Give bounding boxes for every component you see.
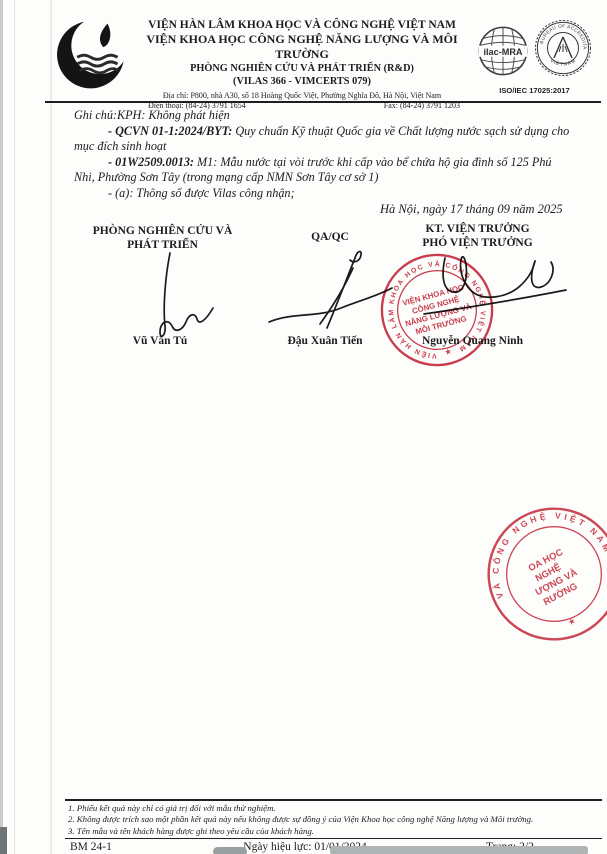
note-qcvn-code: - QCVN 01-1:2024/BYT: — [108, 124, 232, 138]
scan-artifact — [330, 846, 588, 854]
date-line: Hà Nội, ngày 17 tháng 09 năm 2025 — [380, 202, 563, 217]
address-line: Địa chỉ: P800, nhà A30, số 18 Hoàng Quốc… — [132, 91, 472, 101]
signer-name-2: Đậu Xuân Tiến — [255, 335, 395, 347]
iso-standard-label: ISO/IEC 17025:2017 — [472, 86, 597, 95]
scan-edge-line — [50, 0, 52, 854]
note-sample: - 01W2509.0013:M1: Mẫu nước tại vòi trướ… — [74, 155, 574, 186]
footer-notes: 1. Phiếu kết quả này chỉ có giá trị đối … — [68, 803, 598, 837]
ilac-mra-logo-icon: ilac-MRA — [477, 25, 529, 77]
form-code: BM 24-1 — [70, 841, 112, 853]
signer-title-qaqc: QA/QC — [290, 230, 370, 244]
note-vilas-text: - (a): Thông số được Vilas công nhận; — [108, 186, 295, 200]
boa-seal-icon: BUREAU OF ACCREDITATION VIETNAM — [533, 17, 593, 79]
stamp-star: ★ — [444, 346, 453, 357]
footer-divider-bottom — [65, 838, 602, 839]
signer-name-1: Vũ Văn Tú — [90, 335, 230, 347]
accreditation-codes: (VILAS 366 - VIMCERTS 079) — [132, 76, 472, 89]
scan-artifact — [0, 827, 7, 854]
stamp2-star: ★ — [566, 615, 578, 628]
note-kph-label: Ghi chú: — [74, 108, 117, 122]
note-vilas: - (a): Thông số được Vilas công nhận; — [74, 186, 574, 202]
signer-name-3: Nguyễn Quang Ninh — [395, 335, 550, 347]
ilac-mra-label: ilac-MRA — [483, 47, 522, 57]
org-name-primary: VIỆN HÀN LÂM KHOA HỌC VÀ CÔNG NGHỆ VIỆT … — [132, 18, 472, 32]
document-page: VIỆN HÀN LÂM KHOA HỌC VÀ CÔNG NGHỆ VIỆT … — [0, 0, 607, 854]
footer-note-3: 3. Tên mẫu và tên khách hàng được ghi th… — [68, 826, 598, 837]
signature-vu-van-tu — [118, 250, 233, 345]
org-name-secondary: VIỆN KHOA HỌC CÔNG NGHỆ NĂNG LƯỢNG VÀ MÔ… — [132, 32, 472, 61]
department-name: PHÒNG NGHIÊN CỨU VÀ PHÁT TRIỂN (R&D) — [132, 63, 472, 76]
note-qcvn: - QCVN 01-1:2024/BYT:Quy chuẩn Kỹ thuật … — [74, 124, 574, 155]
partial-round-stamp: VÀ CÔNG NGHỆ VIỆT NAM ★ OA HỌC NGHỆ ƯỢNG… — [458, 478, 607, 670]
note-sample-code: - 01W2509.0013: — [108, 155, 194, 169]
footer-note-2: 2. Không được trích sao một phần kết quả… — [68, 814, 598, 825]
scan-edge-line — [14, 0, 15, 854]
institute-logo — [52, 16, 136, 96]
svg-text:BUREAU OF ACCREDITATION: BUREAU OF ACCREDITATION — [533, 17, 588, 50]
letterhead: VIỆN HÀN LÂM KHOA HỌC VÀ CÔNG NGHỆ VIỆT … — [132, 18, 472, 111]
note-kph-text: KPH: Không phát hiện — [117, 108, 230, 122]
header-divider — [45, 101, 601, 103]
notes-section: Ghi chú:KPH: Không phát hiện - QCVN 01-1… — [74, 108, 574, 202]
signer-title-rnd: PHÒNG NGHIÊN CỨU VÀ PHÁT TRIỂN — [80, 224, 245, 252]
scan-edge-line — [0, 0, 3, 854]
scan-artifact — [213, 847, 247, 854]
note-kph: Ghi chú:KPH: Không phát hiện — [74, 108, 574, 124]
boa-arc-text: BUREAU OF ACCREDITATION — [533, 17, 588, 50]
footer-note-1: 1. Phiếu kết quả này chỉ có giá trị đối … — [68, 803, 598, 814]
footer-divider-top — [65, 799, 602, 801]
